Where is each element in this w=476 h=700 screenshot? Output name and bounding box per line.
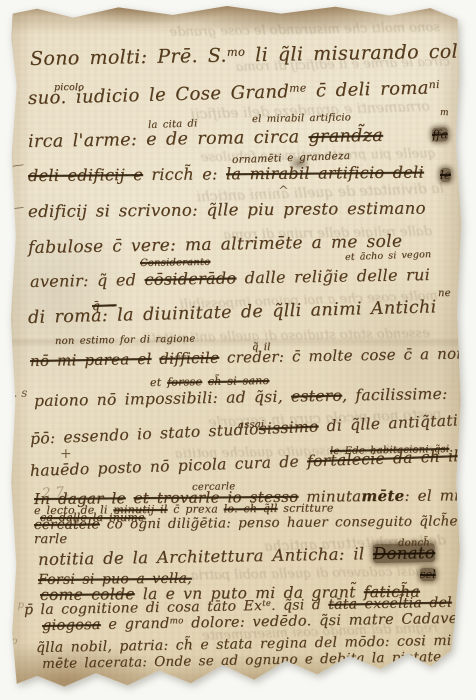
manuscript-line: come colde la e vn puto mi da grant̃ fat… <box>40 583 420 604</box>
margin-mark: le <box>440 168 451 182</box>
ink-text: Sono molti: Prē. S. <box>30 45 227 70</box>
manuscript-line: avenir: q̃ ed cōsiderādo dalle relig̃ie … <box>30 265 430 291</box>
bleedthrough-line: essendo stato studioso di quelle antiqui… <box>10 326 430 348</box>
margin-mark: mo <box>2 636 18 647</box>
ink-text: cō og̃ni dilig̃ētia: penso hauer consegu… <box>100 513 458 532</box>
bleedthrough-line: circa le arme e li edificij di roma <box>30 55 450 81</box>
paper-surface: sono molti che misurando le cose grandec… <box>10 4 462 688</box>
manuscript-line: deli edificij e ricch̃ e: la mirabil art… <box>28 163 424 185</box>
manuscript-line: fabulose c̄ vere: ma altrimēte a me sole <box>28 231 403 258</box>
ink-text: rarle <box>34 532 67 547</box>
ink-text: ricch̃ e: <box>143 164 226 184</box>
manuscript-line: q̄ ~ <box>92 298 117 313</box>
struck-text: tāta excel̃tia del <box>328 595 452 613</box>
manuscript-line: Sono molti: Prē. S.mo li q̃li misurando … <box>30 41 458 70</box>
ink-text: picolo <box>54 82 84 93</box>
manuscript-line: assai <box>238 419 265 431</box>
bleedthrough-line: la divinitate de quelli animi antichi <box>24 181 444 212</box>
manuscript-lines: Sono molti: Prē. S.mo li q̃li misurando … <box>10 4 462 688</box>
bleedthrough-line: molte cose che a noi paiono impossibili <box>18 289 438 319</box>
manuscript-line: irca l'arme: e de roma circa grand̃za <box>28 126 383 152</box>
ink-text: creder: c̄ molte cose c̄ a noi <box>219 344 462 366</box>
struck-text: difficile <box>159 349 219 368</box>
ink-text: scritture <box>278 501 334 514</box>
ink-text: di roma: la diuinitate de q̃lli animi An… <box>28 297 437 328</box>
bleedthrough-line: dalle religie delle ruine di roma <box>12 224 432 246</box>
ink-text: notitia de la Architettura Anticha: il <box>38 544 373 569</box>
ink-text: paiono nō impossibili: ad q̃si, <box>34 388 291 410</box>
manuscript-line: Consideranto <box>140 257 211 269</box>
manuscript-line: ornamēti e grandeza <box>232 150 351 166</box>
manuscript-line: q̃lla nobil, patria: ch̃ e stata regina … <box>36 632 476 656</box>
ink-text: Donato <box>373 543 435 563</box>
ink-text: avenir: q̃ ed <box>30 270 145 291</box>
struck-text: grand̃za <box>308 126 383 147</box>
ink-text: cercarle <box>192 481 236 493</box>
ink-text: c̄ deli roma <box>306 78 429 102</box>
ink-text: m <box>440 108 449 118</box>
manuscript-line: la cita di <box>148 118 198 131</box>
manuscript-line: p̄ la cognitione di cosa tāto Exte. q̃si… <box>24 595 452 619</box>
struck-text: fortalecie da ch il <box>307 447 459 470</box>
ink-text: te <box>262 598 271 608</box>
manuscript-line: suo. iudicio le Cose Grandme c̄ deli rom… <box>28 77 440 109</box>
struck-text: cōsiderādo <box>144 268 236 289</box>
struck-text: fatich̃a <box>364 583 420 601</box>
ink-text: edificij si scrivono: q̃lle piu presto e… <box>28 199 426 221</box>
bleedthrough-line: penso haver conseguito qualche notitia <box>14 442 434 464</box>
margin-mark: 1. s <box>6 386 27 400</box>
manuscript-line: et ãcho si vegon <box>345 249 432 263</box>
ink-text: suo. iudicio le Cose Grand <box>28 81 290 109</box>
ink-text: irca l'arme: e de roma circa <box>28 127 309 152</box>
margin-mark: il <box>8 580 16 594</box>
struck-text: ch̃ si sano <box>208 374 270 388</box>
bleedthrough-line: sono molti che misurando le cose grande <box>20 20 440 42</box>
margin-mark: ^ <box>278 184 289 199</box>
bleedthrough-line: posto non picola cura in cercarle <box>22 407 442 438</box>
manuscript-line: In dagar le et trovarle io stesso minuta… <box>34 486 476 508</box>
ink-text <box>202 375 208 388</box>
manuscript-line: mēte lacerata: Onde se ad ognuno e debit… <box>42 648 476 672</box>
bleedthrough-line: ornamenti e grandeza deli edificij <box>10 99 430 130</box>
struck-text: In dagar le <box>34 489 126 508</box>
bleedthrough-line: quelle piu presto estimano fabulose <box>16 146 436 168</box>
ink-text: minuta <box>298 487 361 506</box>
ink-text: assai <box>238 419 265 431</box>
ink-text: hauēdo posto nō picola cura de <box>30 452 308 480</box>
ink-text: el mirabil artificio <box>252 112 351 125</box>
manuscript-line: Forsi si puo a vella, <box>38 571 192 588</box>
manuscript-line: et forsse ch̃ si sano <box>150 374 270 389</box>
ink-text: , facilissime: <box>342 385 448 405</box>
margin-mark: 7. <box>4 246 15 259</box>
manuscript-line: hauēdo posto nō picola cura de fortaleci… <box>30 446 476 480</box>
struck-text: cercatele <box>34 516 100 533</box>
manuscript-line: el mirabil artificio <box>252 112 351 125</box>
ink-text: q̃ il <box>252 342 271 353</box>
ink-text: donch̃ <box>398 537 430 549</box>
ink-text: e lecto de li <box>34 503 113 517</box>
ink-text: c̄ prexa <box>167 502 223 515</box>
ink-text: li q̃li misurando col <box>245 41 458 67</box>
ink-text <box>151 350 159 368</box>
ink-text: p̄ la cognitione di cosa tāto Ex <box>24 598 262 618</box>
struck-text: sissimo <box>258 417 319 438</box>
ink-text: q̃lla nobil, patria: ch̃ e stata regina … <box>36 632 476 656</box>
ink-text: mēte lacerata: Onde se ad ognuno e debit… <box>42 648 476 672</box>
ink-text: la cita di <box>148 118 198 131</box>
manuscript-line: non estimo for di ragione <box>55 334 196 347</box>
margin-mark: ~— <box>1 200 24 216</box>
ink-text: p̄ō: essendo io stato studio <box>30 420 259 448</box>
struck-text: le Ede habitacioni q̃si <box>330 444 449 457</box>
manuscript-line: ca dalle la in̄ume <box>40 511 145 524</box>
struck-text: la mirabil artificio deli <box>226 163 424 184</box>
manuscript-line: e lecto de li minutij il c̄ prexa lo. ch… <box>34 501 334 517</box>
manuscript-line: p̄ō: essendo io stato studiosissimo di q… <box>30 410 476 448</box>
ink-text: me <box>289 81 307 94</box>
manuscript-line: cercarle <box>192 481 236 493</box>
margin-mark: sel <box>420 568 436 581</box>
ink-text: e grand <box>101 616 170 633</box>
ink-text: ni <box>429 78 440 91</box>
ink-text: et <box>150 376 167 389</box>
struck-text: ca dalle la in̄ume <box>40 511 145 524</box>
ink-text: di q̃lle antiq̃tati: e <box>318 410 476 435</box>
ink-text: fabulose c̄ vere: ma altrimēte a me sole <box>28 231 403 258</box>
struck-text: et trovarle io stesso <box>133 488 298 507</box>
manuscript-photo: sono molti che misurando le cose grandec… <box>0 0 476 700</box>
margin-mark: + <box>60 446 72 462</box>
ink-text: mo <box>169 616 183 626</box>
struck-text: minutij il <box>113 503 167 516</box>
struck-text: come colde <box>40 585 135 604</box>
ink-text: : el misu <box>404 486 476 505</box>
margin-marks: ~—~—7.1. s2 7.ilno pmoffalesel^+ <box>10 4 462 688</box>
struck-text: Forsi si puo a vella, <box>38 571 192 588</box>
margin-mark: 2 7. <box>41 484 69 502</box>
ink-text: non estimo for di ragione <box>55 334 196 347</box>
manuscript-line: giogosa e grandmo dolore: vedēdo. q̃si m… <box>42 610 476 634</box>
struck-text: giogosa <box>42 617 101 634</box>
ink-text: et ãcho si vegon <box>345 249 432 263</box>
struck-text: nō mi parea el <box>30 350 152 370</box>
bleedthrough-line: quasi cadavero di quella nobil patria <box>12 564 432 586</box>
manuscript-line: m <box>440 108 449 118</box>
bleedthrough-line: regina del mondo cosi miseramente <box>18 621 438 651</box>
struck-text: estero <box>291 387 342 406</box>
struck-text: forsse <box>167 375 202 389</box>
manuscript-line: paiono nō impossibili: ad q̃si, estero, … <box>34 385 448 410</box>
paper-sheet: sono molti che misurando le cose grandec… <box>10 4 462 688</box>
ink-text: la e vn puto mi da grant̃ <box>135 583 364 603</box>
ink-text: dalle relig̃ie delle rui <box>236 265 430 287</box>
manuscript-line: picolo <box>54 82 84 93</box>
struck-text: q̄ ~ <box>92 298 117 313</box>
struck-text: lo. ch̃ q̃ll <box>224 502 278 515</box>
manuscript-line: rarle <box>34 532 67 547</box>
margin-mark: ffa <box>432 127 448 142</box>
manuscript-line: ne <box>438 288 451 299</box>
manuscript-line: notitia de la Architettura Anticha: il D… <box>38 543 435 569</box>
bleedthrough-layer: sono molti che misurando le cose grandec… <box>10 4 462 688</box>
ink-text: mēte <box>361 487 404 505</box>
ink-text: ne <box>438 288 451 299</box>
margin-mark: no p <box>2 600 24 611</box>
manuscript-line: nō mi parea el difficile creder: c̄ molt… <box>30 344 462 370</box>
ink-text: ornamēti e grandeza <box>232 150 351 166</box>
manuscript-line: q̃ il <box>252 342 271 353</box>
bleedthrough-line: de la architettura anticha <box>26 533 446 564</box>
ink-text <box>126 489 134 507</box>
manuscript-line: edificij si scrivono: q̃lle piu presto e… <box>28 199 426 221</box>
ink-text: dolore: vedēdo. q̃si matre Cadavero di <box>184 610 476 631</box>
struck-text: deli edificij e <box>28 165 143 185</box>
manuscript-line: le Ede habitacioni q̃si <box>330 444 449 457</box>
manuscript-line: donch̃ <box>398 537 430 549</box>
manuscript-line: cercatele cō og̃ni dilig̃ētia: penso hau… <box>34 513 458 533</box>
ink-text: la <box>458 446 476 465</box>
margin-mark: ~— <box>1 157 25 174</box>
ink-text: mo <box>227 45 246 59</box>
manuscript-line: di roma: la diuinitate de q̃lli animi An… <box>28 297 437 328</box>
ink-text: . q̃si d <box>271 597 328 614</box>
struck-text: Consideranto <box>140 257 211 269</box>
